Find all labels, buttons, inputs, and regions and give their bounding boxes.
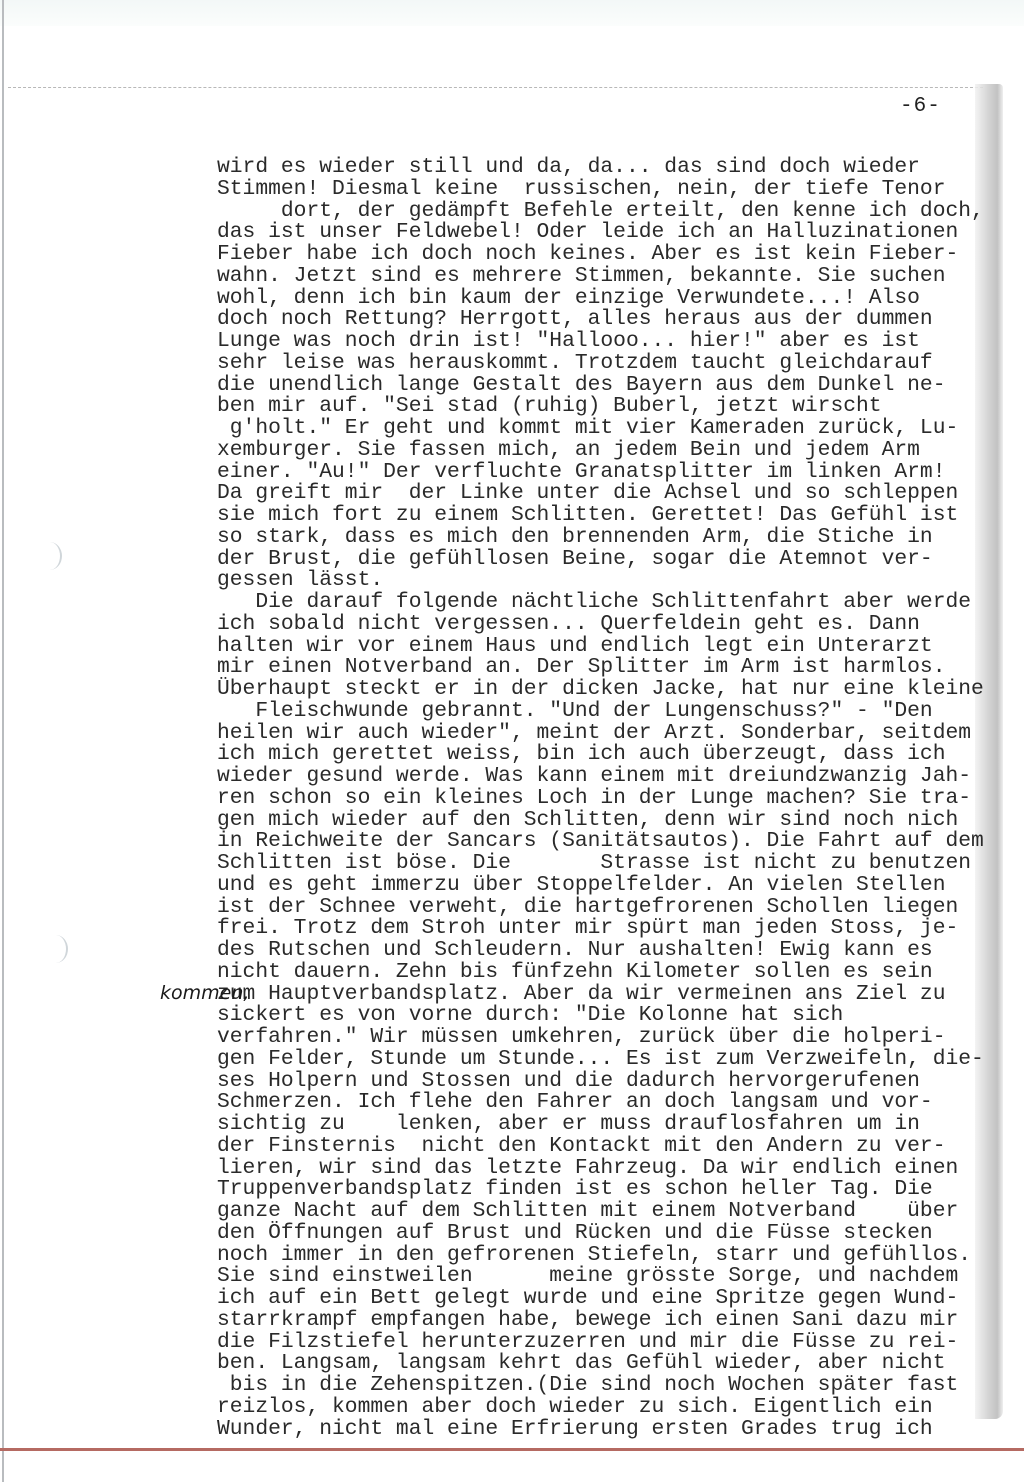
text-line: Fleischwunde gebrannt. "Und der Lungensc… — [217, 701, 1007, 723]
text-line: Überhaupt steckt er in der dicken Jacke,… — [217, 679, 1007, 701]
text-line: die Filzstiefel herunterzuzerren und mir… — [217, 1332, 1007, 1354]
text-line: ich sobald nicht vergessen... Querfeldei… — [217, 614, 1007, 636]
text-line: und es geht immerzu über Stoppelfelder. … — [217, 875, 1007, 897]
punch-hole-mark — [38, 542, 62, 570]
scan-left-edge — [2, 0, 4, 1482]
text-line: wird es wieder still und da, da... das s… — [217, 157, 1007, 179]
text-line: Schlitten ist böse. Die Strasse ist nich… — [217, 853, 1007, 875]
text-line: gessen lässt. — [217, 570, 1007, 592]
text-line: den Öffnungen auf Brust und Rücken und d… — [217, 1223, 1007, 1245]
text-line: der Brust, die gefühllosen Beine, sogar … — [217, 549, 1007, 571]
text-line: dort, der gedämpft Befehle erteilt, den … — [217, 201, 1007, 223]
text-line: Truppenverbandsplatz finden ist es schon… — [217, 1179, 1007, 1201]
text-line: sickert es von vorne durch: "Die Kolonne… — [217, 1005, 1007, 1027]
text-line: heilen wir auch wieder", meint der Arzt.… — [217, 723, 1007, 745]
text-line: zum Hauptverbandsplatz. Aber da wir verm… — [217, 984, 1007, 1006]
text-line: Die darauf folgende nächtliche Schlitten… — [217, 592, 1007, 614]
text-line: ich mich gerettet weiss, bin ich auch üb… — [217, 744, 1007, 766]
text-line: frei. Trotz dem Stroh unter mir spürt ma… — [217, 918, 1007, 940]
text-line: noch immer in den gefrorenen Stiefeln, s… — [217, 1245, 1007, 1267]
text-line: wieder gesund werde. Was kann einem mit … — [217, 766, 1007, 788]
text-line: Lunge was noch drin ist! "Hallooo... hie… — [217, 331, 1007, 353]
text-line: Schmerzen. Ich flehe den Fahrer an doch … — [217, 1092, 1007, 1114]
paper-top-edge — [8, 87, 983, 88]
text-line: ich auf ein Bett gelegt wurde und eine S… — [217, 1288, 1007, 1310]
text-line: ganze Nacht auf dem Schlitten mit einem … — [217, 1201, 1007, 1223]
text-line: ses Holpern und Stossen und die dadurch … — [217, 1071, 1007, 1093]
text-line: wohl, denn ich bin kaum der einzige Verw… — [217, 288, 1007, 310]
scan-top-margin — [0, 0, 1024, 26]
text-line: in Reichweite der Sancars (Sanitätsautos… — [217, 831, 1007, 853]
text-line: einer. "Au!" Der verfluchte Granatsplitt… — [217, 462, 1007, 484]
scan-bottom-rule — [0, 1448, 1024, 1451]
text-line: mir einen Notverband an. Der Splitter im… — [217, 657, 1007, 679]
text-line: wahn. Jetzt sind es mehrere Stimmen, bek… — [217, 266, 1007, 288]
text-line: Stimmen! Diesmal keine russischen, nein,… — [217, 179, 1007, 201]
text-line: sehr leise was herauskommt. Trotzdem tau… — [217, 353, 1007, 375]
text-line: das ist unser Feldwebel! Oder leide ich … — [217, 222, 1007, 244]
text-line: Da greift mir der Linke unter die Achsel… — [217, 483, 1007, 505]
handwritten-margin-note: kommen, — [160, 982, 249, 1004]
text-line: ren schon so ein kleines Loch in der Lun… — [217, 788, 1007, 810]
text-line: gen Felder, Stunde um Stunde... Es ist z… — [217, 1049, 1007, 1071]
text-line: der Finsternis nicht den Kontackt mit de… — [217, 1136, 1007, 1158]
text-line: g'holt." Er geht und kommt mit vier Kame… — [217, 418, 1007, 440]
typewritten-body-text: wird es wieder still und da, da... das s… — [217, 157, 1007, 1440]
text-line: so stark, dass es mich den brennenden Ar… — [217, 527, 1007, 549]
text-line: ben. Langsam, langsam kehrt das Gefühl w… — [217, 1353, 1007, 1375]
text-line: sie mich fort zu einem Schlitten. Gerett… — [217, 505, 1007, 527]
text-line: sichtig zu lenken, aber er muss drauflos… — [217, 1114, 1007, 1136]
text-line: verfahren." Wir müssen umkehren, zurück … — [217, 1027, 1007, 1049]
text-line: lieren, wir sind das letzte Fahrzeug. Da… — [217, 1158, 1007, 1180]
text-line: ist der Schnee verweht, die hartgefroren… — [217, 897, 1007, 919]
text-line: Wunder, nicht mal eine Erfrierung ersten… — [217, 1419, 1007, 1441]
text-line: die unendlich lange Gestalt des Bayern a… — [217, 375, 1007, 397]
text-line: bis in die Zehenspitzen.(Die sind noch W… — [217, 1375, 1007, 1397]
text-line: xemburger. Sie fassen mich, an jedem Bei… — [217, 440, 1007, 462]
text-line: Sie sind einstweilen meine grösste Sorge… — [217, 1266, 1007, 1288]
text-line: reizlos, kommen aber doch wieder zu sich… — [217, 1397, 1007, 1419]
page-number: -6- — [900, 95, 941, 118]
text-line: gen mich wieder auf den Schlitten, denn … — [217, 810, 1007, 832]
text-line: halten wir vor einem Haus und endlich le… — [217, 636, 1007, 658]
text-line: nicht dauern. Zehn bis fünfzehn Kilomete… — [217, 962, 1007, 984]
text-line: des Rutschen und Schleudern. Nur aushalt… — [217, 940, 1007, 962]
text-line: doch noch Rettung? Herrgott, alles herau… — [217, 309, 1007, 331]
text-line: Fieber habe ich doch noch keines. Aber e… — [217, 244, 1007, 266]
text-line: ben mir auf. "Sei stad (ruhig) Buberl, j… — [217, 396, 1007, 418]
punch-hole-mark — [44, 935, 68, 963]
text-line: starrkrampf empfangen habe, bewege ich e… — [217, 1310, 1007, 1332]
